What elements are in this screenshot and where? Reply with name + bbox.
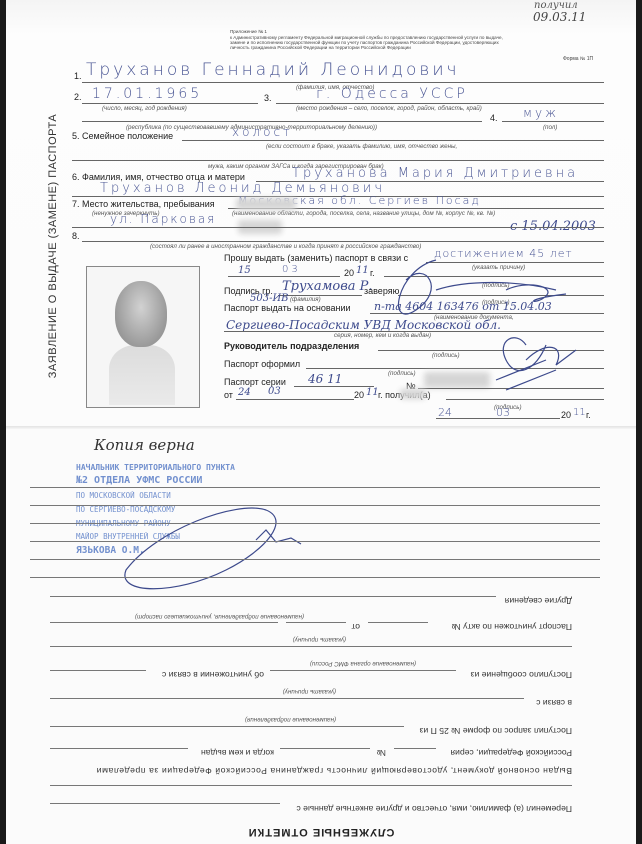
field-8-number: 8. (72, 231, 80, 241)
ruled-line (30, 505, 600, 506)
field-4-line (502, 121, 604, 122)
signature-scribbles (376, 250, 616, 430)
appendix-title: Приложение № 1 (230, 29, 267, 34)
request-25p-line (50, 726, 404, 727)
field-7-label: 7. Место жительства, пребывания (72, 199, 215, 209)
field-5-label: 5. Семейное положение (72, 131, 173, 141)
field-7-street: ул. Парковая (110, 212, 216, 226)
act-from-label: от (351, 622, 360, 632)
field-3-hint: (место рождения – село, поселок, город, … (296, 105, 482, 112)
passport-application-form: получил 09.03.11 Приложение № 1 к Админи… (6, 0, 636, 844)
service-marks-section: СЛУЖЕБНЫЕ ОТМЕТКИ Переменил (а) фамилию,… (6, 592, 636, 844)
appendix-text-3: личность гражданина Российской Федерации… (230, 45, 411, 50)
rf-when-line (50, 748, 188, 749)
field-2-birthdate: 17.01.1965 (92, 86, 202, 102)
field-7-hint: (наименование области, города, поселка, … (232, 210, 495, 217)
reason-hint: (указать причину) (283, 688, 336, 695)
changed-data-line (50, 803, 280, 804)
rf-series-line (394, 748, 436, 749)
other-info-line (50, 596, 496, 597)
field-5-line-2 (72, 160, 604, 161)
field-2-number: 2. (74, 92, 82, 102)
stamp-line-3: ПО МОСКОВСКОЙ ОБЛАСТИ (76, 491, 171, 500)
field-4-gender: муж (523, 106, 559, 120)
act-subdivision-line (50, 622, 278, 623)
rf-series-label: Российской Федерации, серия (450, 748, 572, 758)
from-label: от (224, 390, 233, 400)
field-3b-line (82, 121, 482, 122)
request-year-suffix: г. (370, 268, 375, 278)
service-marks-title: СЛУЖЕБНЫЕ ОТМЕТКИ (6, 826, 636, 838)
field-4-hint: (пол) (543, 124, 557, 131)
in-connection-line (50, 698, 524, 699)
act-number-line (368, 622, 428, 623)
field-1-number: 1. (74, 71, 82, 81)
from-date-line (236, 399, 354, 400)
act-label: Паспорт уничтожен по акту № (452, 622, 573, 632)
request-date-line (228, 276, 340, 277)
changed-data-line-2 (50, 785, 572, 786)
field-3-number: 3. (264, 93, 272, 103)
head-of-unit-label: Руководитель подразделения (224, 341, 359, 351)
request-date-day: 15 (238, 265, 251, 276)
other-info-label: Другие сведения (505, 596, 572, 606)
stamp-line-2: №2 ОТДЕЛА УФМС РОССИИ (76, 475, 202, 486)
field-1-fullname: Труханов Геннадий Леонидович (86, 60, 460, 80)
in-connection-label: в связи с (536, 698, 572, 708)
message-label: Поступило сообщение из (471, 670, 572, 680)
photo-face (115, 281, 167, 347)
from-day: 24 (238, 387, 251, 398)
photo-shoulders (109, 345, 175, 405)
field-6-mother: Труханова Мария Дмитриевна (292, 166, 578, 181)
request-year-prefix: 20 (344, 268, 354, 278)
changed-data-label: Переменил (а) фамилию, имя, отчество и д… (296, 804, 572, 814)
request-year: 11 (356, 265, 369, 276)
act-date-line (286, 622, 346, 623)
basis-label: Паспорт выдать на основании (224, 303, 351, 313)
destroyer-hint: (наименование подразделения, уничтоживше… (135, 613, 304, 620)
field-2-hint: (число, месяц, год рождения) (102, 105, 187, 112)
field-8-line (82, 241, 604, 242)
ruled-line (30, 523, 600, 524)
request-date-month: 03 (282, 264, 301, 275)
stamp-line-1: НАЧАЛЬНИК ТЕРРИТОРИАЛЬНОГО ПУНКТА (76, 463, 235, 472)
ruled-line (30, 541, 600, 542)
field-8-hint: (состоял ли ранее в иностранном гражданс… (150, 243, 421, 250)
field-5-marital-status: холост (232, 125, 293, 139)
field-3-line (276, 103, 604, 104)
passport-series-line (294, 386, 374, 387)
field-1-line (82, 82, 604, 83)
field-5-hint-1: (если состоит в браке, указать фамилию, … (266, 143, 457, 150)
issued-doc-label: Выдан основной документ, удостоверяющий … (96, 766, 572, 776)
redacted-region (236, 198, 296, 210)
ruled-line (30, 577, 600, 578)
form-number: Форма № 1П (563, 57, 593, 62)
stamp-signature (116, 500, 306, 600)
request-25p-label: Поступил запрос по форме № 25 П из (420, 726, 572, 736)
from-year-prefix: 20 (354, 390, 364, 400)
rf-number-label: № (377, 748, 386, 758)
certified-copy-note: Копия верна (94, 436, 195, 454)
passport-series-value: 46 11 (308, 372, 342, 386)
rf-when-label: когда и кем выдан (201, 748, 274, 758)
field-7-line-2 (72, 227, 604, 228)
ruled-line (30, 487, 600, 488)
field-3-birthplace: г. Одесса УССР (316, 86, 468, 102)
rf-number-line (280, 748, 370, 749)
citizen-signature-value: Трухамова Р. (282, 279, 373, 294)
destroyed-line (50, 670, 146, 671)
top-note-date: 09.03.11 (533, 10, 586, 24)
field-4-number: 4. (490, 113, 498, 123)
ruled-line (30, 559, 600, 560)
surname-hint: (фамилия) (290, 296, 321, 303)
page-fold (6, 426, 636, 429)
from-month: 03 (268, 386, 281, 397)
reason-line-2 (50, 646, 572, 647)
reason-hint-2: (указать причину) (293, 636, 346, 643)
subdivision-hint: (наименование подразделения) (245, 716, 336, 723)
fms-hint: (наименование органа ФМС России) (310, 660, 416, 667)
field-2-line (82, 103, 258, 104)
destroyed-label: об уничтожении в связи с (162, 670, 264, 680)
applicant-photo (86, 266, 200, 408)
field-5-line (182, 140, 604, 141)
message-line (270, 670, 456, 671)
issued-by-label: Паспорт оформил (224, 359, 300, 369)
vertical-form-title: ЗАЯВЛЕНИЕ О ВЫДАЧЕ (ЗАМЕНЕ) ПАСПОРТА (47, 101, 59, 391)
